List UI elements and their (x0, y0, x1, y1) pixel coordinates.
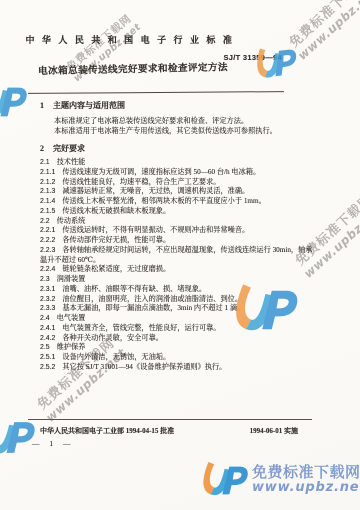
clause-number: 2.3.3 (40, 305, 55, 312)
clause-number: 2.5 (40, 344, 50, 351)
clause-number: 2.4.2 (40, 335, 55, 342)
section-number: 2 (40, 144, 44, 153)
clause-text: 传送线速度为无级可调，速度指标应达到 50—60 台/h 电冰箱。 (62, 168, 260, 176)
section1-heading: 1主题内容与适用范围 (40, 100, 125, 111)
clause-text: 设备内外清洁，无锈蚀，无油垢。 (62, 353, 170, 361)
clause-number: 2.1.4 (40, 198, 55, 205)
requirement-line: 2.1.4传送线上木板平整光滑，相邻两块木板的不平直度应小于 1mm。 (40, 197, 314, 207)
clause-text: 电气装置 (57, 314, 86, 322)
section-heading-text: 完好要求 (53, 144, 85, 153)
clause-number: 2.3.1 (40, 286, 55, 293)
clause-number: 2.5.2 (40, 364, 55, 371)
requirement-line: 2.1.3减速器运转正常，无噪音，无过热，调速机构灵活，准确。 (40, 187, 314, 197)
clause-text: 维护保养 (57, 343, 86, 351)
clause-text: 链轮链条松紧适度，无过度磨损。 (62, 265, 170, 273)
clause-text: 传送线性能良好，均速平稳，符合生产工艺要求。 (62, 178, 220, 186)
watermark-brand-text: 免费标准下载网 www.upbz.net (252, 465, 360, 494)
watermark-site-url: www.upbz.net (252, 481, 360, 495)
clause-text: 传动系统 (57, 217, 86, 225)
clause-text: 传送线运转时，不得有明显振动、不规则冲击和异常噪音。 (62, 226, 249, 234)
requirement-line: 2.2传动系统 (40, 217, 314, 227)
clause-number: 2.2 (40, 218, 50, 225)
requirement-line: 2.2.3各转轴轴承经规定时间运转，不应出现超温现象，传送线连续运行 30min… (40, 246, 314, 266)
requirement-line: 2.1.5传送线木板无破损和缺木板现象。 (40, 207, 314, 217)
clause-text: 电气装置齐全，管线完整，性能良好，运行可靠。 (62, 324, 220, 332)
clause-number: 2.1.2 (40, 179, 55, 186)
page-number: — 1 — (32, 439, 75, 448)
up-logo-icon (191, 459, 249, 502)
footer-approval: 中华人民共和国电子工业部 1994-04-15 批准 (40, 426, 174, 436)
footer-implementation: 1994-06-01 实施 (250, 426, 298, 436)
clause-number: 2.1.1 (40, 169, 55, 176)
clause-number: 2.1.5 (40, 208, 55, 215)
requirement-line: 2.5.1设备内外清洁，无锈蚀，无油垢。 (40, 353, 314, 363)
clause-text: 减速器运转正常，无噪音，无过热，调速机构灵活，准确。 (62, 187, 249, 195)
clause-text: 基本无漏油，即每一漏油点滴油数，3min 内不超过 1 滴。 (62, 304, 244, 312)
clause-text: 各传动部件完好无损，性能可靠。 (62, 236, 170, 244)
clause-number: 2.3.2 (40, 296, 55, 303)
scope-paragraph: 本标准适用于电冰箱生产专用传送线，其它类似传送线亦可参照执行。 (40, 127, 316, 137)
up-logo-icon (0, 414, 36, 461)
clause-number: 2.2.4 (40, 266, 55, 273)
clause-number: 2.1 (40, 159, 50, 166)
section-number: 1 (40, 101, 44, 110)
requirements-list: 2.1技术性能2.1.1传送线速度为无级可调，速度指标应达到 50—60 台/h… (40, 158, 314, 373)
up-logo-icon (219, 281, 299, 339)
watermark-site-name: 免费标准下载网 (252, 465, 360, 481)
clause-number: 2.2.1 (40, 227, 55, 234)
clause-text: 技术性能 (57, 158, 86, 166)
requirement-line: 2.1.2传送线性能良好，均速平稳，符合生产工艺要求。 (40, 178, 314, 188)
requirement-line: 2.2.1传送线运转时，不得有明显振动、不规则冲击和异常噪音。 (40, 226, 314, 236)
section2-heading: 2完好要求 (40, 143, 85, 154)
requirement-line: 2.2.2各传动部件完好无损，性能可靠。 (40, 236, 314, 246)
clause-number: 2.4.1 (40, 325, 55, 332)
document-content: 中 华 人 民 共 和 国 电 子 行 业 标 准 SJ/T 31359—94 … (0, 0, 360, 510)
section-heading-text: 主题内容与适用范围 (53, 101, 125, 110)
scope-paragraphs: 本标准规定了电冰箱总装传送线完好要求和检查、评定方法。 本标准适用于电冰箱生产专… (40, 117, 316, 137)
clause-number: 2.4 (40, 315, 50, 322)
clause-text: 各转轴轴承经规定时间运转，不应出现超温现象，传送线连续运行 30min，轴承温升… (40, 246, 313, 264)
clause-text: 传送线上木板平整光滑，相邻两块木板的不平直度应小于 1mm。 (62, 197, 265, 205)
clause-number: 2.5.1 (40, 354, 55, 361)
clause-number: 2.3 (40, 276, 50, 283)
scope-paragraph: 本标准规定了电冰箱总装传送线完好要求和检查、评定方法。 (40, 117, 316, 127)
footer-divider (28, 419, 312, 420)
clause-text: 润滑装置 (57, 275, 86, 283)
requirement-line: 2.2.4链轮链条松紧适度，无过度磨损。 (40, 265, 314, 275)
header-divider (28, 91, 284, 94)
requirement-line: 2.5维护保养 (40, 343, 314, 353)
clause-number: 2.1.3 (40, 188, 55, 195)
requirement-line: 2.1.1传送线速度为无级可调，速度指标应达到 50—60 台/h 电冰箱。 (40, 168, 314, 178)
clause-number: 2.2.3 (40, 247, 55, 254)
up-logo-icon (0, 80, 28, 124)
up-logo-icon (244, 42, 300, 85)
scanned-standard-page: 免费标准下载网 www.upbz.net 免费标准下载网 www.upbz.ne… (0, 0, 360, 510)
clause-text: 油位醒目，油窗明亮，注入的润滑油或油脂清洁、到位。 (62, 295, 242, 303)
requirement-line: 2.5.2其它按 SJ/T 31001—94《设备维护保养通则》执行。 (40, 363, 314, 373)
document-title: 电冰箱总装传送线完好要求和检查评定方法 (38, 59, 238, 77)
requirement-line: 2.1技术性能 (40, 158, 314, 168)
standard-org-title: 中 华 人 民 共 和 国 电 子 行 业 标 准 (0, 33, 260, 46)
clause-text: 各种开关动作灵敏，安全可靠。 (62, 334, 163, 342)
clause-text: 其它按 SJ/T 31001—94《设备维护保养通则》执行。 (62, 363, 226, 371)
clause-text: 油嘴、油杯、油眼等不得有缺、损、堵现象。 (62, 285, 206, 293)
clause-number: 2.2.2 (40, 237, 55, 244)
clause-text: 传送线木板无破损和缺木板现象。 (62, 207, 170, 215)
